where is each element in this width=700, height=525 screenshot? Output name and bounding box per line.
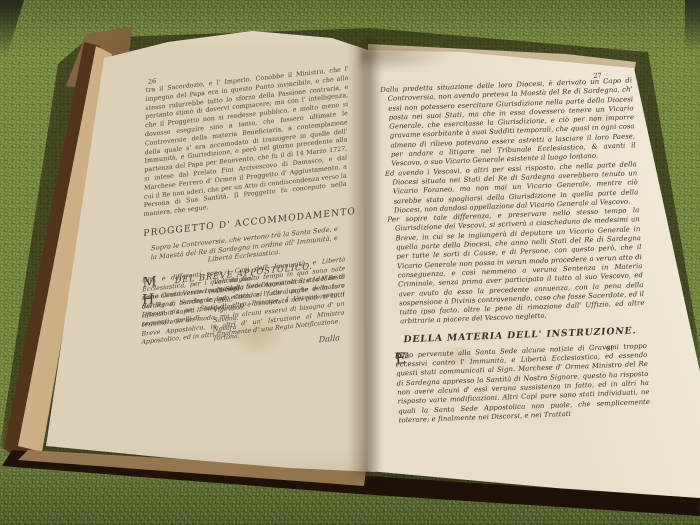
surface-shadow-top-right xyxy=(685,0,700,52)
gutter-fold-shadow xyxy=(348,38,382,476)
right-paragraph-1: Dalla predetta situazione delle loro Dio… xyxy=(380,76,636,169)
left-paragraph-1: tra il Sacerdozio, e l' Imperio. Conobbe… xyxy=(144,66,349,218)
top-fold-shadow xyxy=(360,44,450,72)
right-page-number: 27 xyxy=(593,71,602,81)
right-paragraph-3: Per sopire tale differenza, e preservare… xyxy=(387,206,645,327)
right-page-text-block: 27 Dalla predetta situazione delle loro … xyxy=(380,76,647,362)
right-catchword: si xyxy=(606,343,613,353)
left-page-text-block: 26 tra il Sacerdozio, e l' Imperio. Cono… xyxy=(141,57,349,364)
photo-of-open-antique-book: 26 tra il Sacerdozio, e l' Imperio. Cono… xyxy=(0,0,700,525)
signature-mark: D 2 xyxy=(395,351,410,361)
